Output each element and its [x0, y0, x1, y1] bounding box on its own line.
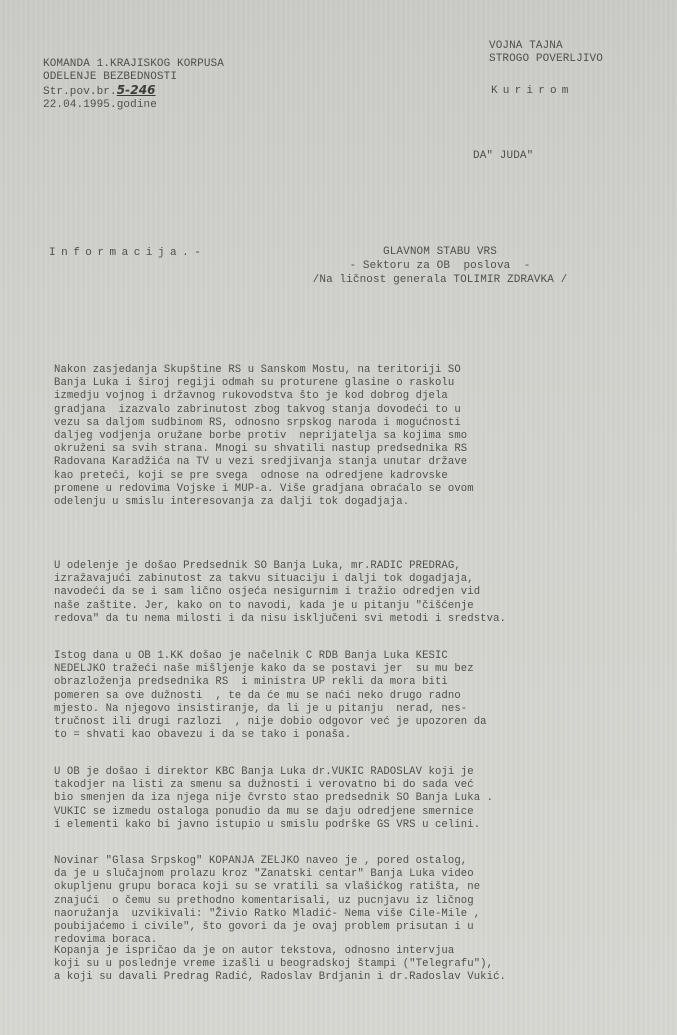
document-date: 22.04.1995.godine: [43, 99, 157, 111]
text-line: Nakon zasjedanja Skupštine RS u Sanskom …: [54, 364, 474, 377]
text-line: Novinar "Glasa Srpskog" KOPANJA ZELJKO n…: [54, 855, 480, 868]
text-line: mjesto. Na njegovo insistiranje, da li j…: [54, 703, 487, 716]
paragraph-5: Novinar "Glasa Srpskog" KOPANJA ZELJKO n…: [54, 855, 480, 947]
text-line: tručnost ili drugi razlozi , nije dobio …: [54, 716, 487, 729]
sender-department: ODELENJE BEZBEDNOSTI: [43, 71, 177, 83]
code-name: DA" JUDA": [473, 150, 533, 163]
text-line: NEDELJKO tražeći naše mišljenje kako da …: [54, 663, 487, 676]
text-line: U OB je došao i direktor KBC Banja Luka …: [54, 766, 493, 779]
text-line: naoružanja uzvikivali: "Živio Ratko Mlad…: [54, 908, 480, 921]
text-line: navodeći da se i sam lično osjeća nesigu…: [54, 586, 506, 599]
paragraph-4: U OB je došao i direktor KBC Banja Luka …: [54, 766, 493, 832]
text-line: izražavajući zabinutost za takvu situaci…: [54, 573, 506, 586]
sender-block: KOMANDA 1.KRAJISKOG KORPUSA ODELENJE BEZ…: [43, 58, 224, 112]
text-line: Istog dana u OB 1.KK došao je načelnik C…: [54, 650, 487, 663]
paragraph-6: Kopanja je ispričao da je on autor tekst…: [54, 945, 506, 985]
paragraph-3: Istog dana u OB 1.KK došao je načelnik C…: [54, 650, 487, 742]
text-line: redova" da tu nema milosti i da nisu isk…: [54, 613, 506, 626]
text-line: okupljenu grupu boraca koji su se vratil…: [54, 881, 480, 894]
text-line: Radovana Karadžića na TV u vezi sredjiva…: [54, 456, 474, 469]
paragraph-1: Nakon zasjedanja Skupštine RS u Sanskom …: [54, 364, 474, 509]
text-line: znajući o čemu su prethodno komentarisal…: [54, 895, 480, 908]
text-line: okruženi sa svih strana. Mnogi su shvati…: [54, 443, 474, 456]
classification-strictly-confidential: STROGO POVERLJIVO: [489, 53, 603, 65]
classification-military-secret: VOJNA TAJNA: [489, 40, 563, 52]
classification-block: VOJNA TAJNA STROGO POVERLJIVO: [489, 40, 603, 66]
text-line: daljeg vodjenja oružane borbe protiv nep…: [54, 430, 474, 443]
text-line: Banja Luka i široj regiji odmah su protu…: [54, 377, 474, 390]
recipient-line: GLAVNOM STABU VRS: [383, 246, 497, 258]
reference-number-handwritten: 5-246: [117, 83, 156, 97]
text-line: obrazloženja predsednika RS i ministra U…: [54, 676, 487, 689]
text-line: i elementi kako bi javno istupio u smisl…: [54, 819, 493, 832]
text-line: da je u slučajnom prolazu kroz "Zanatski…: [54, 868, 480, 881]
text-line: odelenju u smislu interesovanja za dalji…: [54, 496, 474, 509]
text-line: pomeren sa ove dužnosti , te da će mu se…: [54, 690, 487, 703]
recipient-block: GLAVNOM STABU VRS - Sektoru za OB poslov…: [265, 245, 615, 287]
text-line: naše zaštite. Jer, kako on to navodi, ka…: [54, 600, 506, 613]
recipient-line: - Sektoru za OB poslova -: [350, 260, 531, 272]
text-line: kao preteći, koji se pre svega odnose na…: [54, 470, 474, 483]
reference-label: Str.pov.br.: [43, 86, 117, 98]
document-page: KOMANDA 1.KRAJISKOG KORPUSA ODELENJE BEZ…: [0, 0, 677, 1035]
text-line: VUKIC se izmedu ostaloga ponudio da mu s…: [54, 806, 493, 819]
paragraph-2: U odelenje je došao Predsednik SO Banja …: [54, 560, 506, 626]
text-line: U odelenje je došao Predsednik SO Banja …: [54, 560, 506, 573]
text-line: a koji su davali Predrag Radić, Radoslav…: [54, 971, 506, 984]
recipient-line: /Na ličnost generala TOLIMIR ZDRAVKA /: [313, 274, 568, 286]
delivery-method: Kurirom: [491, 85, 574, 98]
text-line: takodjer na listi za smenu sa dužnosti i…: [54, 779, 493, 792]
text-line: Kopanja je ispričao da je on autor tekst…: [54, 945, 506, 958]
text-line: to = shvati kao obavezu i da se tako i p…: [54, 729, 487, 742]
text-line: izmedju vojnog i državnog rukovodstva št…: [54, 390, 474, 403]
text-line: vezu sa daljom sudbinom RS, odnosno srps…: [54, 417, 474, 430]
text-line: promene u redovima Vojske i MUP-a. Više …: [54, 483, 474, 496]
text-line: koji su u poslednje vreme izašli u beogr…: [54, 958, 506, 971]
sender-command: KOMANDA 1.KRAJISKOG KORPUSA: [43, 58, 224, 70]
document-title: Informacija.-: [49, 247, 206, 260]
text-line: gradjana izazvalo zabrinutost zbog takvo…: [54, 404, 474, 417]
text-line: poubijaćemo i civile", što govori da je …: [54, 921, 480, 934]
text-line: bio smenjen da iza njega nije čvrsto sta…: [54, 792, 493, 805]
